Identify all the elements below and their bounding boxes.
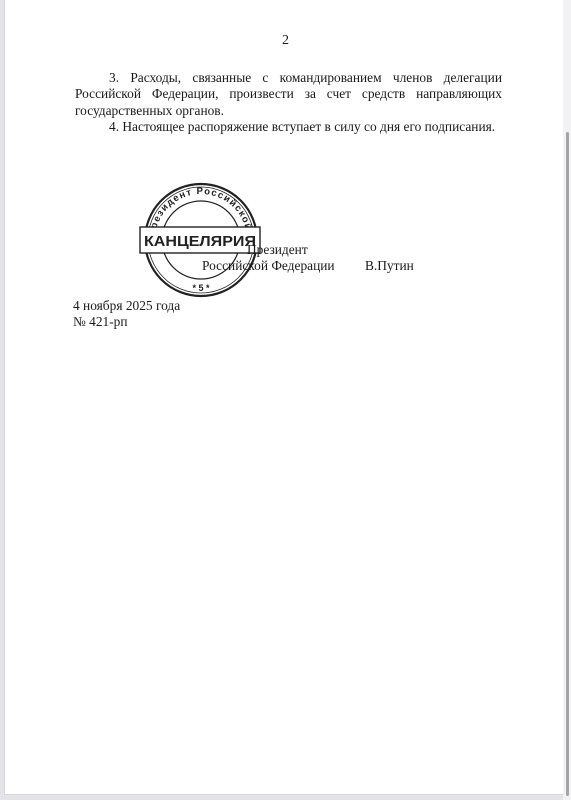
svg-text:КАНЦЕЛЯРИЯ: КАНЦЕЛЯРИЯ [144,233,256,250]
svg-text:* 5 *: * 5 * [192,283,210,293]
scrollbar-thumb[interactable] [566,132,569,796]
document-body: 3. Расходы, связанные с командированием … [75,70,502,136]
order-number: № 421-рп [73,314,180,330]
document-meta: 4 ноября 2025 года № 421-рп [73,298,180,330]
paragraph-3: 3. Расходы, связанные с командированием … [75,70,502,119]
signatory-title: Президент [247,242,308,258]
signatory-name: В.Путин [365,258,414,274]
document-date: 4 ноября 2025 года [73,298,180,314]
document-page: 2 3. Расходы, связанные с командирование… [4,0,566,795]
paragraph-4: 4. Настоящее распоряжение вступает в сил… [75,119,502,135]
page-number: 2 [5,33,566,49]
vertical-scrollbar[interactable] [563,0,571,800]
seal-stamp-icon: Президент Российской Федерации * 5 * КАН… [133,178,269,298]
signatory-organization: Российской Федерации [202,258,335,274]
